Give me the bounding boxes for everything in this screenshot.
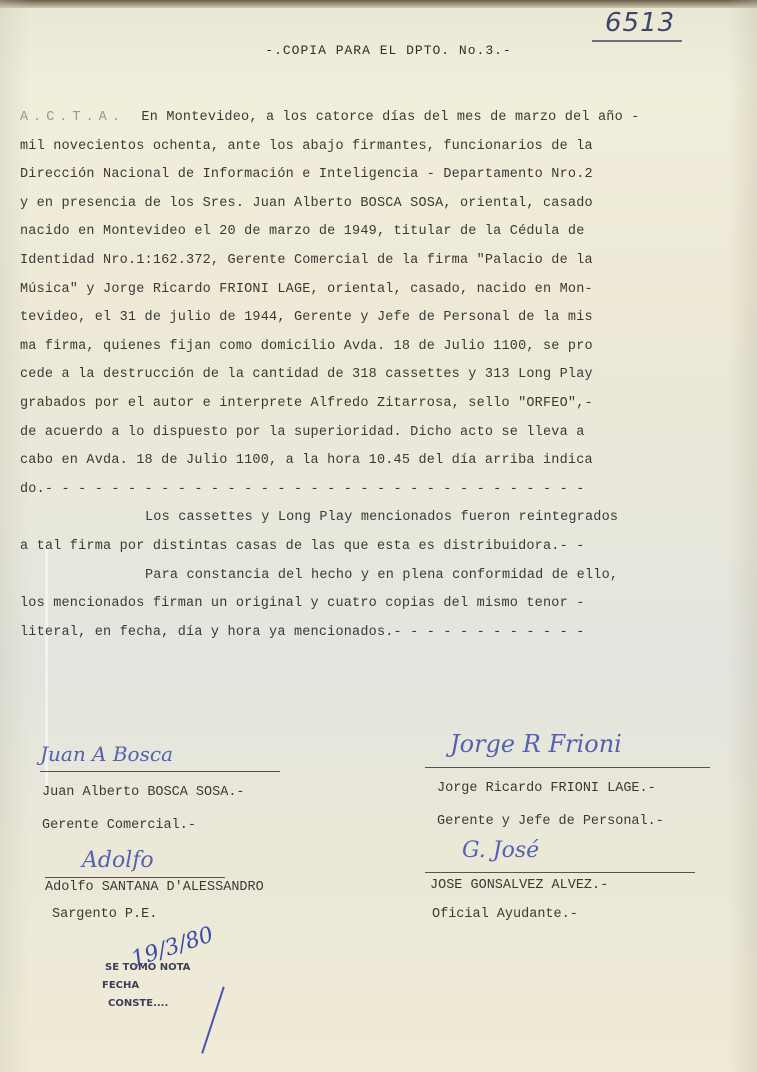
document-header: -.COPIA PARA EL DPTO. No.3.-: [0, 43, 757, 58]
body-line: do.- - - - - - - - - - - - - - - - - - -…: [20, 476, 720, 505]
body-line: ma firma, quienes fijan como domicilio A…: [20, 333, 720, 362]
paper-right-edge: [727, 0, 757, 1072]
signature-line-gonsalvez: [425, 872, 695, 873]
body-line: cede a la destrucción de la cantidad de …: [20, 361, 720, 390]
body-line: de acuerdo a lo dispuesto por la superio…: [20, 419, 720, 448]
signatory-title-bosca: Gerente Comercial.-: [42, 818, 196, 833]
signature-line-santana: [45, 877, 225, 878]
signature-scribble-gonsalvez: G. José: [462, 838, 539, 863]
paragraph-3-line: Para constancia del hecho y en plena con…: [20, 562, 720, 591]
body-line: A.C.T.A. En Montevideo, a los catorce dí…: [20, 104, 720, 133]
body-line: cabo en Avda. 18 de Julio 1100, a la hor…: [20, 447, 720, 476]
signatory-name-santana: Adolfo SANTANA D'ALESSANDRO: [45, 880, 264, 895]
signature-line-bosca: [40, 771, 280, 772]
body-line: tevideo, el 31 de julio de 1944, Gerente…: [20, 304, 720, 333]
signature-scribble-bosca: Juan A Bosca: [40, 742, 173, 766]
paragraph-3-line: los mencionados firman un original y cua…: [20, 590, 720, 619]
stamp-line-2: FECHA: [102, 980, 139, 991]
paragraph-2-line: Los cassettes y Long Play mencionados fu…: [20, 504, 720, 533]
body-line: mil novecientos ochenta, ante los abajo …: [20, 133, 720, 162]
signature-line-frioni: [425, 767, 710, 768]
handwritten-file-number: 6513: [605, 8, 675, 38]
body-line: Identidad Nro.1:162.372, Gerente Comerci…: [20, 247, 720, 276]
signatory-name-gonsalvez: JOSE GONSALVEZ ALVEZ.-: [430, 878, 608, 893]
document-body: A.C.T.A. En Montevideo, a los catorce dí…: [20, 104, 720, 647]
signatory-name-bosca: Juan Alberto BOSCA SOSA.-: [42, 785, 245, 800]
signatory-title-santana: Sargento P.E.: [52, 907, 157, 922]
body-line: grabados por el autor e interprete Alfre…: [20, 390, 720, 419]
body-line: Música" y Jorge Ricardo FRIONI LAGE, ori…: [20, 276, 720, 305]
signatory-title-frioni: Gerente y Jefe de Personal.-: [437, 814, 664, 829]
body-line: y en presencia de los Sres. Juan Alberto…: [20, 190, 720, 219]
paragraph-2-line: a tal firma por distintas casas de las q…: [20, 533, 720, 562]
stamp-line-3: CONSTE....: [108, 998, 168, 1009]
signature-scribble-frioni: Jorge R Frioni: [450, 730, 622, 758]
file-number-underline: [592, 40, 682, 42]
received-stamp: SE TOMO NOTA FECHA CONSTE....: [100, 950, 250, 1020]
body-line: Dirección Nacional de Información e Inte…: [20, 161, 720, 190]
paragraph-3-line: literal, en fecha, día y hora ya mencion…: [20, 619, 720, 648]
signatory-name-frioni: Jorge Ricardo FRIONI LAGE.-: [437, 781, 656, 796]
photo-top-shadow: [0, 0, 757, 8]
signatory-title-gonsalvez: Oficial Ayudante.-: [432, 907, 578, 922]
body-line: nacido en Montevideo el 20 de marzo de 1…: [20, 218, 720, 247]
signature-scribble-santana: Adolfo: [82, 848, 154, 873]
acta-label: A.C.T.A.: [20, 110, 125, 125]
